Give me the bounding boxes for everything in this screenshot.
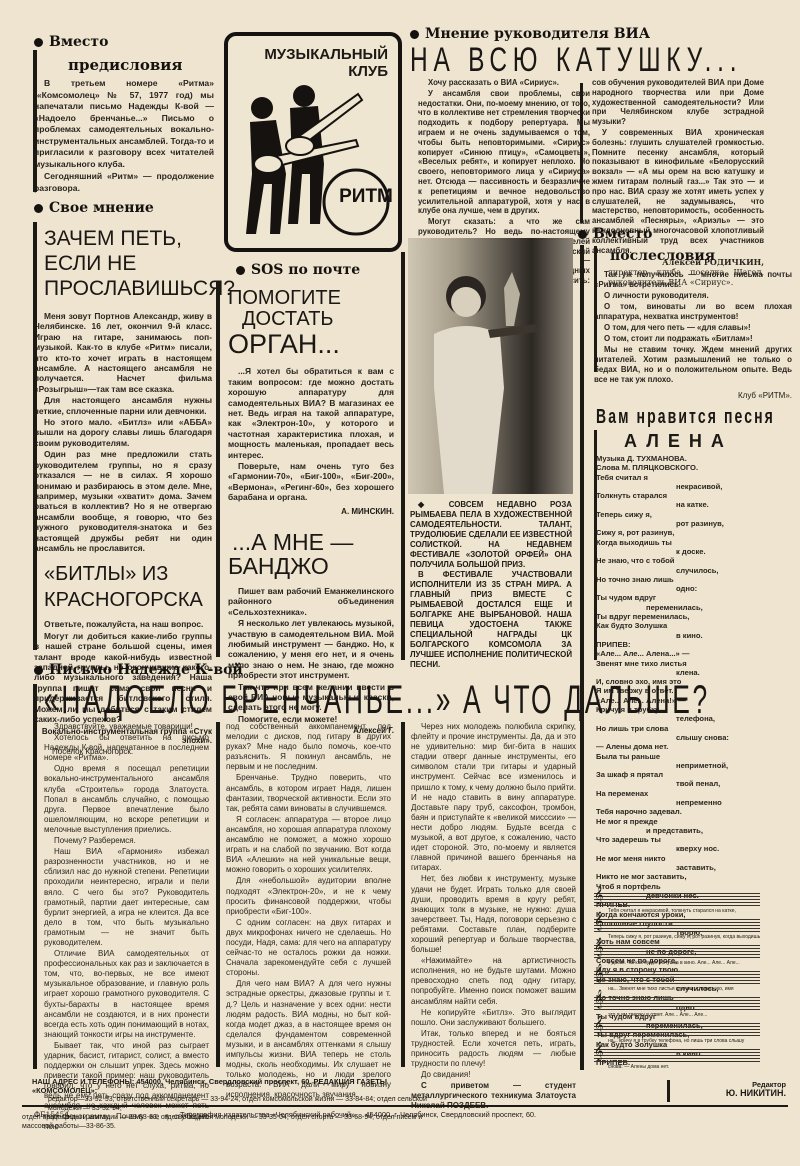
footer-printer: Типография издательства «Челябинский раб…	[180, 1110, 536, 1119]
music-staff: 𝄞Тебя считал я некрасивой, толкнуть стар…	[594, 893, 760, 915]
photo-rule-right	[580, 245, 584, 660]
logo-emblem: РИТМ	[334, 186, 398, 208]
preface-rule	[33, 50, 37, 192]
score-lyric: на... Звенят мне тихо листья клена и, сл…	[594, 986, 760, 993]
lyric-line: «Але... Але... Алена...» —	[596, 649, 796, 658]
lyric-line: неприметной,	[596, 761, 796, 770]
footer-rule	[22, 1105, 788, 1107]
bullet-icon	[34, 666, 43, 675]
lyric-line: рот разинув,	[596, 519, 796, 528]
leader-kicker: Мнение руководителя ВИА	[410, 26, 795, 42]
diamond-icon: ◆	[418, 500, 449, 509]
leader-article: Мнение руководителя ВИА НА ВСЮ КАТУШКУ..…	[410, 26, 795, 78]
singer-with-trophy-icon	[408, 238, 573, 494]
score-lyric: это я им твержу в ответ. Але... Але... А…	[594, 1012, 760, 1019]
sos-body: ...Я хотел бы обратиться к вам с таким в…	[228, 366, 394, 502]
preface-section: Вместо предисловия В третьем номере «Рит…	[34, 34, 214, 195]
music-staff: 𝄞на... кричу я в трубку телефона, но лиш…	[594, 1023, 760, 1045]
lyric-line: случилось,	[596, 566, 796, 575]
lyric-line: Как будто Золушка	[596, 621, 796, 630]
photo-caption: ◆ СОВСЕМ НЕДАВНО РОЗА РЫМБАЕВА ПЕЛА В ХУ…	[410, 500, 572, 670]
lyric-line: некрасивой,	[596, 482, 796, 491]
lyric-line: Была ты раньше	[596, 752, 796, 761]
afterword-signature: Клуб «РИТМ».	[594, 391, 792, 400]
letter-article: Письмо Надежде К-вой «НАДОЕЛО БРЕНЧАНЬЕ.…	[34, 662, 594, 722]
letter-rule-col3	[401, 722, 405, 1067]
lyric-line: Ты чудом вдруг	[596, 593, 796, 602]
treble-clef-icon: 𝄞	[594, 1043, 603, 1061]
music-staff: 𝄞снова: — Алены дома нет.	[594, 1049, 760, 1071]
lyric-line: и представить,	[596, 826, 796, 835]
bullet-icon	[34, 204, 43, 213]
letter-col2: под собственный аккомпанемент, под мелод…	[226, 722, 391, 1101]
opinion-rule	[33, 222, 37, 650]
sos-rule	[216, 282, 220, 657]
treble-clef-icon: 𝄞	[594, 887, 603, 905]
lyric-line: Тебя нарочно задевал.	[596, 807, 796, 816]
afterword-section: Вместо послесловия Так уж получилось — м…	[594, 226, 792, 400]
lyric-line: Но лишь три слова	[596, 724, 796, 733]
sheet-music: 𝄞Тебя считал я некрасивой, толкнуть стар…	[594, 893, 760, 1075]
lyric-line: слышу снова:	[596, 733, 796, 742]
letter-col3: Через них молодежь полюбила скрипку, фле…	[411, 722, 576, 1113]
afterword-kicker-line2: послесловия	[594, 248, 792, 264]
footer-code: ФБ15454.	[34, 1110, 71, 1119]
treble-clef-icon: 𝄞	[594, 991, 603, 1009]
lyric-line: За шкаф я прятал	[596, 770, 796, 779]
bullet-icon	[578, 230, 587, 239]
lyric-line: Не мог я прежде	[596, 817, 796, 826]
afterword-rule	[594, 246, 597, 372]
bullet-icon	[410, 30, 419, 39]
song-credits: Музыка Д. ТУХМАНОВА. Слова М. ПЛЯЦКОВСКО…	[596, 454, 796, 473]
photo-caption-lead: ◆ СОВСЕМ НЕДАВНО РОЗА РЫМБАЕВА ПЕЛА В ХУ…	[410, 500, 572, 570]
lyric-line: в кино.	[596, 631, 796, 640]
leader-headline: НА ВСЮ КАТУШКУ...	[410, 42, 687, 78]
lyric-line: Ты вдруг переменилась,	[596, 612, 796, 621]
lyric-line: на катке.	[596, 500, 796, 509]
score-lyric: Теперь сижу я, рот разинув, сижу я, рот …	[594, 934, 760, 941]
bullet-icon	[236, 266, 245, 275]
footer-imprint: НАШ АДРЕС И ТЕЛЕФОНЫ: 454000, Челябинск,…	[22, 1077, 432, 1131]
lyric-line: заставить,	[596, 863, 796, 872]
lyric-line: одно:	[596, 584, 796, 593]
preface-kicker: Вместо	[34, 34, 214, 50]
logo-title: МУЗЫКАЛЬНЫЙ	[228, 46, 388, 63]
sos-headline: ПОМОГИТЕ ДОСТАТЬ ОРГАН...	[228, 288, 394, 358]
song-rule	[594, 430, 597, 660]
guitarists-illustration-icon	[228, 74, 398, 244]
banjo-headline: ...А МНЕ — БАНДЖО	[228, 530, 394, 578]
treble-clef-icon: 𝄞	[594, 939, 603, 957]
footer-address: НАШ АДРЕС И ТЕЛЕФОНЫ: 454000, Челябинск,…	[22, 1077, 432, 1095]
lyric-line: клена.	[596, 668, 796, 677]
lyric-line: Сижу я, рот разинув,	[596, 528, 796, 537]
rymbaeva-photo	[408, 238, 573, 494]
treble-clef-icon: 𝄞	[594, 965, 603, 983]
score-lyric: Тебя считал я некрасивой, толкнуть стара…	[594, 908, 760, 915]
preface-body: В третьем номере «Ритма» («Комсомолец» №…	[34, 78, 214, 194]
letter-rule-right	[580, 660, 584, 1070]
lyric-line: Теперь сижу я,	[596, 510, 796, 519]
letter-col1: Здравствуйте, уважаемые товарищи! Хотело…	[44, 722, 209, 1133]
lyric-line: Не мог меня никто	[596, 854, 796, 863]
lyric-line: Толкнуть старался	[596, 491, 796, 500]
lyric-line: к доске.	[596, 547, 796, 556]
treble-clef-icon: 𝄞	[594, 1017, 603, 1035]
song-kicker: Вам нравится песня	[596, 406, 736, 429]
lyric-line: Никто не мог заставить,	[596, 872, 796, 881]
lyric-line: Что задерешь ты	[596, 835, 796, 844]
lyric-line: На переменах	[596, 789, 796, 798]
treble-clef-icon: 𝄞	[594, 913, 603, 931]
footer-editor: Редактор Ю. НИКИТИН.	[686, 1080, 786, 1098]
music-staff: 𝄞на... Звенят мне тихо листья клена и, с…	[594, 971, 760, 993]
photo-caption-body: В ФЕСТИВАЛЕ УЧАСТВОВАЛИ ИСПОЛНИТЕЛИ ИЗ 3…	[410, 570, 572, 670]
sos-signature: А. МИНСКИН.	[228, 507, 394, 516]
song-title: АЛЕНА	[624, 431, 796, 452]
letter-kicker: Письмо Надежде К-вой	[34, 662, 594, 678]
afterword-kicker: Вместо	[594, 226, 792, 242]
music-club-logo: МУЗЫКАЛЬНЫЙ КЛУБ РИТМ	[224, 32, 402, 252]
score-lyric: снова: — Алены дома нет.	[594, 1064, 760, 1071]
lyric-line: ПРИПЕВ:	[596, 640, 796, 649]
music-staff: 𝄞это я им твержу в ответ. Але... Але... …	[594, 997, 760, 1019]
music-staff: 𝄞Теперь сижу я, рот разинув, сижу я, рот…	[594, 919, 760, 941]
lyric-line: Чтоб я портфель	[596, 882, 796, 891]
letter-headline: «НАДОЕЛО БРЕНЧАНЬЕ...» А ЧТО ДАЛЬШЕ?	[44, 678, 407, 722]
score-lyric: на... кричу я в трубку телефона, но лишь…	[594, 1038, 760, 1045]
opinion-headline: ЗАЧЕМ ПЕТЬ, ЕСЛИ НЕ ПРОСЛАВИШЬСЯ?	[44, 226, 212, 301]
opinion-kicker: Свое мнение	[34, 200, 212, 216]
lyric-line: — Алены дома нет.	[596, 742, 796, 751]
letter-rule-left	[33, 684, 37, 1069]
lyric-line: Но точно знаю лишь	[596, 575, 796, 584]
lyric-line: Не знаю, что с тобой	[596, 556, 796, 565]
score-lyric: к доске. Ты как будто Золушка в кино. Ал…	[594, 960, 760, 967]
lyric-line: непременно	[596, 798, 796, 807]
lyric-line: твой пенал,	[596, 779, 796, 788]
leader-rule	[580, 83, 583, 223]
music-staff: 𝄞к доске. Ты как будто Золушка в кино. А…	[594, 945, 760, 967]
lyric-line: Звенят мне тихо листья	[596, 659, 796, 668]
opinion-subheadline: «БИТЛЫ» ИЗ КРАСНОГОРСКА	[44, 561, 212, 613]
lyric-line: Когда выходишь ты	[596, 538, 796, 547]
letter-rule-col2	[216, 722, 220, 1067]
lyric-line: Тебя считал я	[596, 473, 796, 482]
lyric-line: переменилась,	[596, 603, 796, 612]
preface-kicker-line2: предисловия	[34, 56, 214, 74]
bullet-icon	[34, 38, 43, 47]
opinion-body: Меня зовут Портнов Александр, живу в Чел…	[34, 311, 212, 553]
afterword-body: Так уж получилось — многие письма почты …	[594, 270, 792, 385]
lyric-line: кверху нос.	[596, 844, 796, 853]
sos-kicker: SOS по почте	[236, 262, 394, 278]
footer-divider-vertical	[667, 1080, 670, 1102]
photo-rule-left	[401, 252, 405, 660]
